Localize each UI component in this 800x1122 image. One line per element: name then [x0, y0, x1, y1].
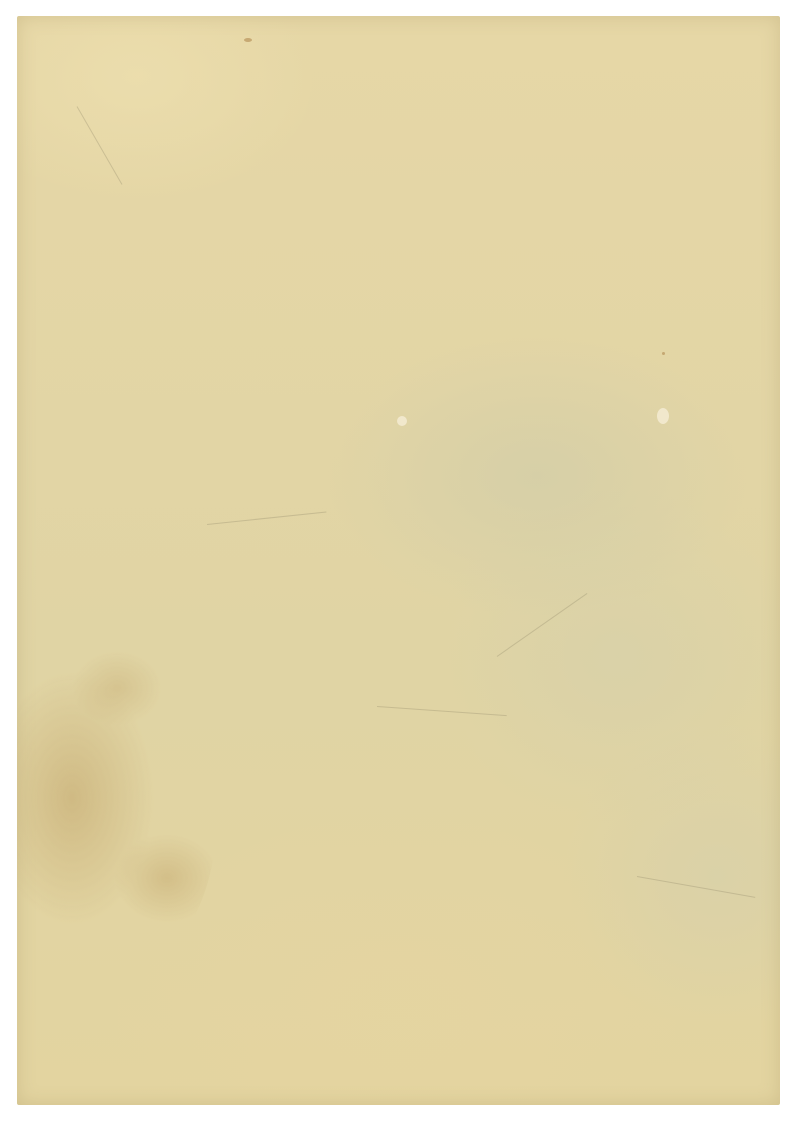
canvas	[0, 0, 800, 1122]
light-spot	[397, 416, 407, 426]
paper-crack	[637, 876, 755, 898]
paper-crack	[207, 511, 326, 525]
dark-fleck	[662, 352, 665, 355]
paper-crack	[497, 593, 588, 657]
light-spot	[657, 408, 669, 424]
paper-crack	[377, 706, 507, 716]
water-stain	[17, 628, 217, 968]
dark-fleck	[244, 38, 252, 42]
paper-crack	[77, 106, 123, 184]
aged-paper-sheet	[17, 16, 780, 1105]
